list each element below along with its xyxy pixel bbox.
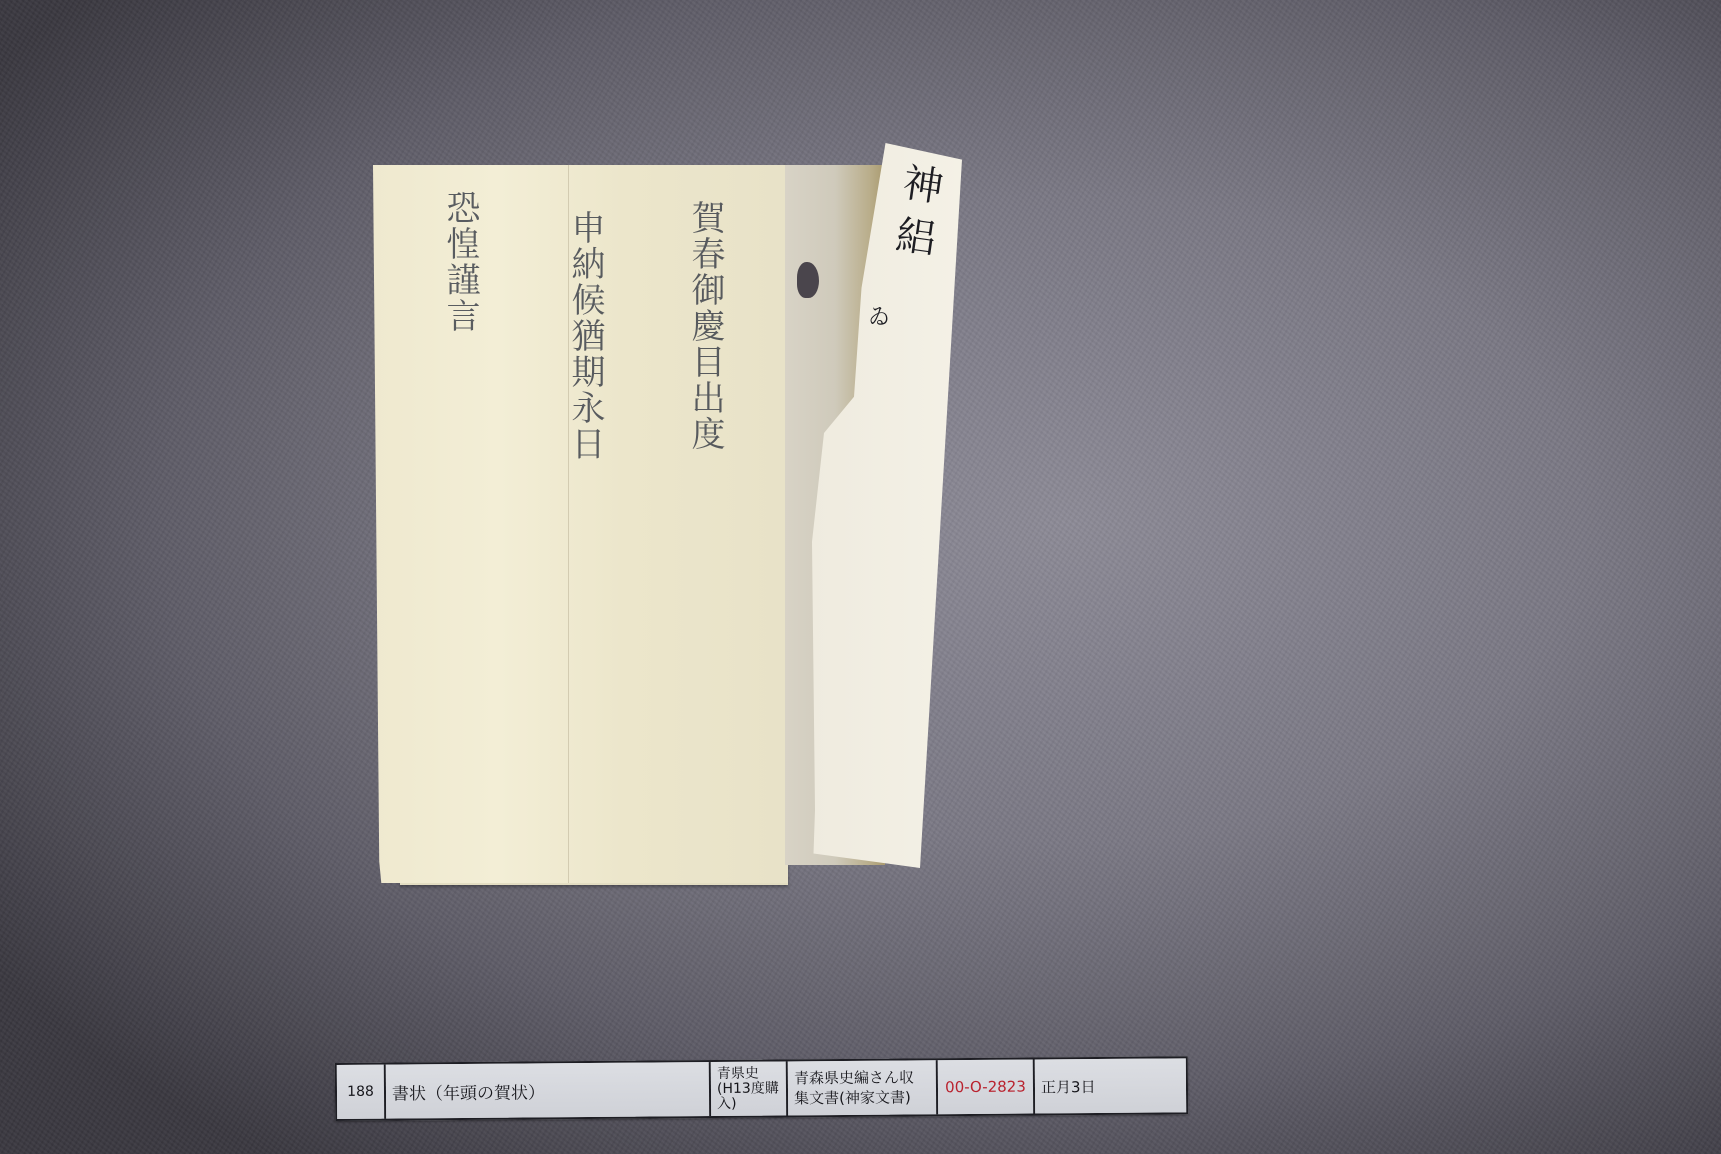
tag-slip-mark: ゐ [868,300,890,331]
label-source: 青県史 (H13度購 入) [711,1061,788,1116]
label-number: 188 [337,1065,386,1119]
label-collection: 青森県史編さん収 集文書(神家文書) [788,1060,938,1115]
ink-column-3: 恐惶謹言 [420,190,480,830]
paper-hole [797,262,819,298]
label-document-id: 00-O-2823 [938,1060,1035,1115]
catalog-label: 188 書状（年頭の賀状） 青県史 (H13度購 入) 青森県史編さん収 集文書… [335,1056,1188,1121]
ink-column-1: 賀春御慶目出度 [665,200,725,840]
label-title: 書状（年頭の賀状） [386,1062,711,1119]
label-date: 正月3日 [1035,1058,1186,1113]
ink-column-2: 申納候猶期永日 [545,210,605,840]
